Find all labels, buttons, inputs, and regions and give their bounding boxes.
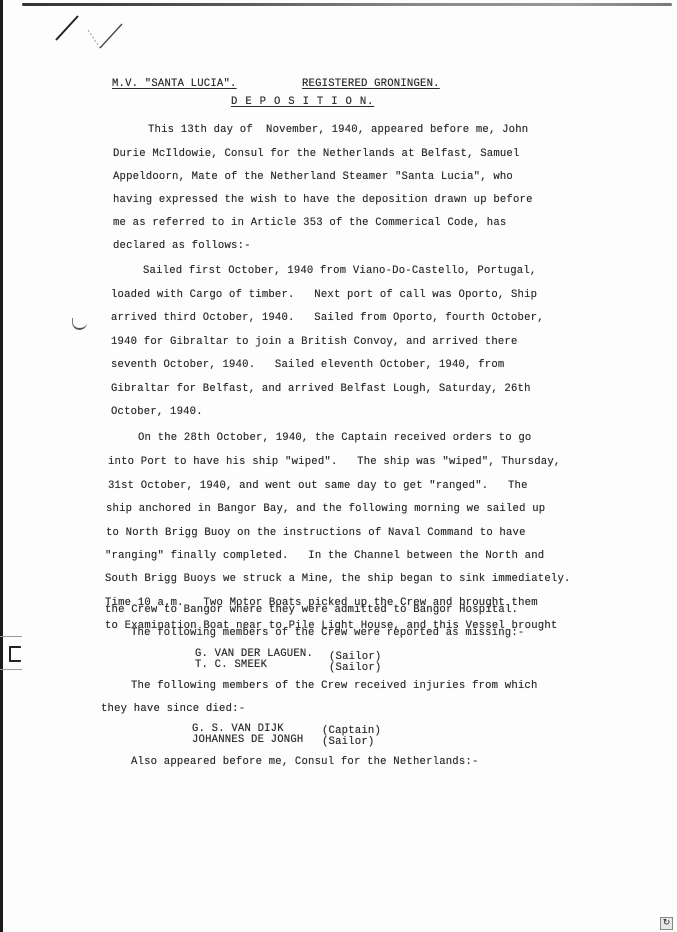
text-line: Appeldoorn, Mate of the Netherland Steam… <box>113 171 513 183</box>
text-line: On the 28th October, 1940, the Captain r… <box>138 432 531 444</box>
closing-line: Also appeared before me, Consul for the … <box>131 756 479 768</box>
text-line: 1940 for Gibraltar to join a British Con… <box>111 336 518 348</box>
crew-name: JOHANNES DE JONGH <box>192 734 303 746</box>
crew-role: (Sailor) <box>322 736 374 748</box>
crew-role: (Sailor) <box>329 662 381 674</box>
deceased-crew-intro-line2: they have since died:- <box>101 703 245 715</box>
text-line: October, 1940. <box>111 406 203 418</box>
scanned-page: M.V. "SANTA LUCIA". REGISTERED GRONINGEN… <box>0 0 677 932</box>
punch-hole-mark <box>72 318 87 330</box>
missing-crew-intro: The following members of the Crew were r… <box>131 627 524 639</box>
text-line: arrived third October, 1940. Sailed from… <box>111 312 544 324</box>
page-left-edge <box>0 0 3 932</box>
text-line: Sailed first October, 1940 from Viano-Do… <box>143 265 536 277</box>
clip-icon <box>9 646 21 662</box>
document-title: D E P O S I T I O N. <box>231 96 374 108</box>
text-line: to North Brigg Buoy on the instructions … <box>106 527 526 539</box>
text-line: loaded with Cargo of timber. Next port o… <box>111 289 537 301</box>
text-line: Durie McIldowie, Consul for the Netherla… <box>113 148 520 160</box>
pen-mark-icon <box>50 12 140 52</box>
crew-name: T. C. SMEEK <box>195 659 267 671</box>
text-line: into Port to have his ship "wiped". The … <box>108 456 560 468</box>
text-line: 31st October, 1940, and went out same da… <box>108 480 528 492</box>
text-line: ship anchored in Bangor Bay, and the fol… <box>106 503 545 515</box>
text-line: having expressed the wish to have the de… <box>113 194 533 206</box>
text-line: seventh October, 1940. Sailed eleventh O… <box>111 359 504 371</box>
registration: REGISTERED GRONINGEN. <box>302 78 440 90</box>
text-line: me as referred to in Article 353 of the … <box>113 217 506 229</box>
text-line: the Crew to Bangor where they were admit… <box>105 604 518 616</box>
top-rule-line <box>22 3 672 6</box>
text-line: "ranging" finally completed. In the Chan… <box>105 550 544 562</box>
text-line: This 13th day of November, 1940, appeare… <box>148 124 528 136</box>
vessel-name: M.V. "SANTA LUCIA". <box>112 78 237 90</box>
text-line: South Brigg Buoys we struck a Mine, the … <box>105 573 571 585</box>
text-line: Gibraltar for Belfast, and arrived Belfa… <box>111 383 531 395</box>
rotate-icon[interactable]: ↻ <box>660 917 673 930</box>
text-line: declared as follows:- <box>113 240 251 252</box>
deceased-crew-intro-line1: The following members of the Crew receiv… <box>131 680 538 692</box>
binding-clip <box>0 636 22 670</box>
